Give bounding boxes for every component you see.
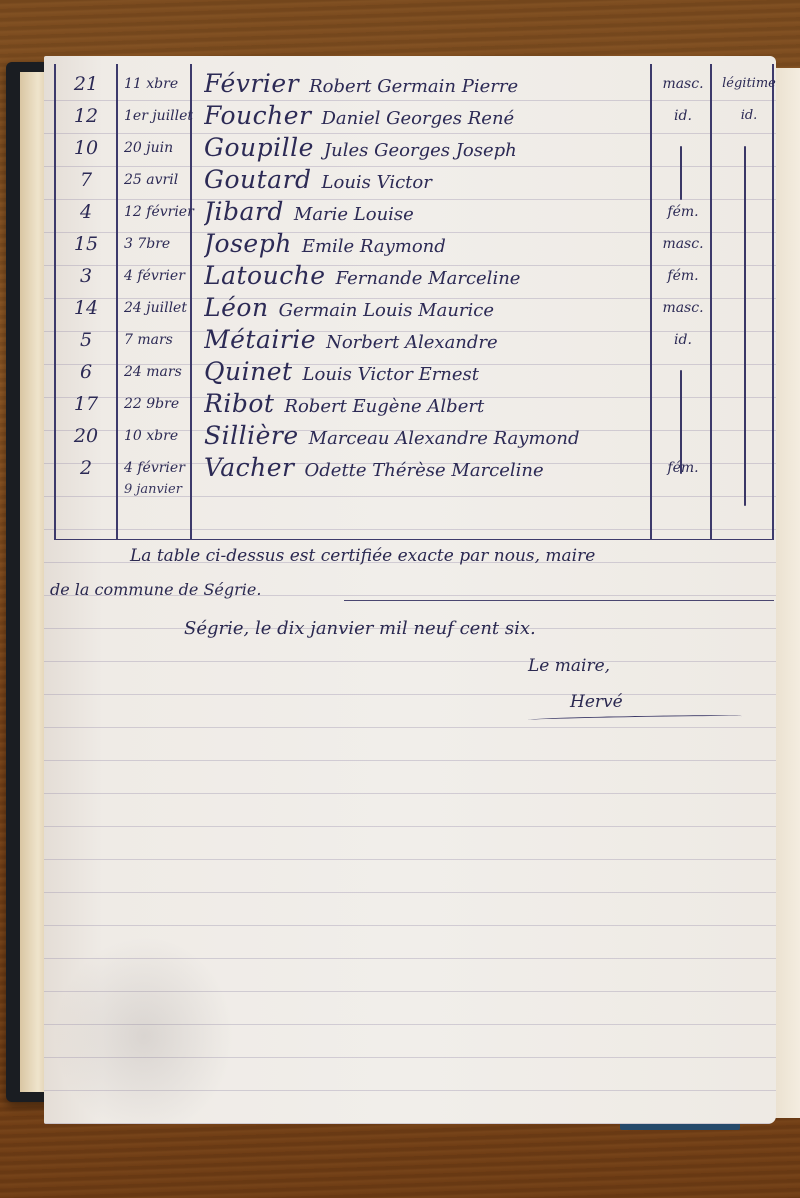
table-row: 4 12 février JibardMarie Louise fém. <box>54 196 774 228</box>
ditto-mark-sex-2 <box>680 370 682 474</box>
entry-number: 6 <box>58 356 114 388</box>
surname: Quinet <box>204 357 293 386</box>
entry-number: 3 <box>58 260 114 292</box>
surname: Sillière <box>204 421 299 450</box>
surname: Foucher <box>204 101 311 130</box>
entry-number: 10 <box>58 132 114 164</box>
paper-stain <box>54 936 234 1124</box>
table-row: 17 22 9bre RibotRobert Eugène Albert <box>54 388 774 420</box>
ditto-mark-sex-1 <box>680 146 682 200</box>
given-names: Marceau Alexandre Raymond <box>309 428 580 449</box>
table-row: 5 7 mars MétairieNorbert Alexandre id. <box>54 324 774 356</box>
entry-sex <box>652 164 714 196</box>
entry-name: FoucherDaniel Georges René <box>204 100 644 132</box>
table-row: 10 20 juin GoupilleJules Georges Joseph <box>54 132 774 164</box>
given-names: Odette Thérèse Marceline <box>305 460 544 481</box>
mayor-title: Le maire, <box>528 656 610 676</box>
surname: Février <box>204 69 299 98</box>
surname: Latouche <box>204 261 326 290</box>
given-names: Emile Raymond <box>302 236 446 257</box>
given-names: Fernande Marceline <box>336 268 521 289</box>
table-border-bottom <box>54 539 774 541</box>
entry-number: 21 <box>58 68 114 100</box>
register-page: 21 11 xbre FévrierRobert Germain Pierre … <box>44 56 776 1124</box>
entry-sex: fém. <box>652 452 714 484</box>
surname: Joseph <box>204 229 292 258</box>
entry-status: id. <box>714 100 776 132</box>
entry-number: 17 <box>58 388 114 420</box>
entry-number: 20 <box>58 420 114 452</box>
entry-number: 14 <box>58 292 114 324</box>
entry-sex: id. <box>652 100 714 132</box>
entry-number: 2 <box>58 452 114 484</box>
entry-name: LéonGermain Louis Maurice <box>204 292 644 324</box>
entry-sex: id. <box>652 324 714 356</box>
entry-number: 7 <box>58 164 114 196</box>
table-row: 21 11 xbre FévrierRobert Germain Pierre … <box>54 68 774 100</box>
table-row: 7 25 avril GoutardLouis Victor <box>54 164 774 196</box>
entry-number: 5 <box>58 324 114 356</box>
mayor-signature: Hervé <box>570 692 623 712</box>
entry-name: GoutardLouis Victor <box>204 164 644 196</box>
entry-sex <box>652 388 714 420</box>
entry-sex: masc. <box>652 228 714 260</box>
entry-number: 4 <box>58 196 114 228</box>
entry-name: JosephEmile Raymond <box>204 228 644 260</box>
entry-sex <box>652 356 714 388</box>
entry-name: SillièreMarceau Alexandre Raymond <box>204 420 644 452</box>
certification-place-date: Ségrie, le dix janvier mil neuf cent six… <box>184 618 536 639</box>
surname: Léon <box>204 293 269 322</box>
surname: Ribot <box>204 389 274 418</box>
surname: Goutard <box>204 165 312 194</box>
given-names: Louis Victor Ernest <box>303 364 479 385</box>
surname: Jibard <box>204 197 284 226</box>
entry-sex <box>652 420 714 452</box>
table-row: 14 24 juillet LéonGermain Louis Maurice … <box>54 292 774 324</box>
table-row: 15 3 7bre JosephEmile Raymond masc. <box>54 228 774 260</box>
entry-sex: masc. <box>652 68 714 100</box>
entry-name: FévrierRobert Germain Pierre <box>204 68 644 100</box>
entry-name: QuinetLouis Victor Ernest <box>204 356 644 388</box>
ditto-mark-status <box>744 146 746 506</box>
given-names: Daniel Georges René <box>321 108 514 129</box>
entry-number: 15 <box>58 228 114 260</box>
certification-line-2: de la commune de Ségrie. <box>50 580 261 599</box>
table-row: 6 24 mars QuinetLouis Victor Ernest <box>54 356 774 388</box>
table-row: 3 4 février LatoucheFernande Marceline f… <box>54 260 774 292</box>
entry-name: JibardMarie Louise <box>204 196 644 228</box>
entry-name: MétairieNorbert Alexandre <box>204 324 644 356</box>
entry-sex: masc. <box>652 292 714 324</box>
entry-number: 12 <box>58 100 114 132</box>
given-names: Marie Louise <box>294 204 414 225</box>
surname: Goupille <box>204 133 314 162</box>
given-names: Robert Germain Pierre <box>309 76 518 97</box>
entry-sex: fém. <box>652 196 714 228</box>
surname: Métairie <box>204 325 316 354</box>
entry-name: LatoucheFernande Marceline <box>204 260 644 292</box>
given-names: Robert Eugène Albert <box>284 396 484 417</box>
entry-name: RibotRobert Eugène Albert <box>204 388 644 420</box>
birth-table: 21 11 xbre FévrierRobert Germain Pierre … <box>54 64 774 540</box>
certification-rule <box>344 600 774 601</box>
entry-name: GoupilleJules Georges Joseph <box>204 132 644 164</box>
entry-sex <box>652 132 714 164</box>
given-names: Jules Georges Joseph <box>324 140 517 161</box>
certification-line-1: La table ci-dessus est certifiée exacte … <box>130 546 595 566</box>
table-row: 20 10 xbre SillièreMarceau Alexandre Ray… <box>54 420 774 452</box>
entry-name: VacherOdette Thérèse Marceline <box>204 452 644 484</box>
surname: Vacher <box>204 453 295 482</box>
given-names: Germain Louis Maurice <box>279 300 494 321</box>
table-row: 2 4 février VacherOdette Thérèse Marceli… <box>54 452 774 484</box>
entry-status: légitime <box>714 68 776 100</box>
given-names: Louis Victor <box>322 172 432 193</box>
given-names: Norbert Alexandre <box>326 332 498 353</box>
entry-sex: fém. <box>652 260 714 292</box>
table-row: 12 1er juillet FoucherDaniel Georges Ren… <box>54 100 774 132</box>
date-correction: 9 janvier <box>124 482 182 497</box>
